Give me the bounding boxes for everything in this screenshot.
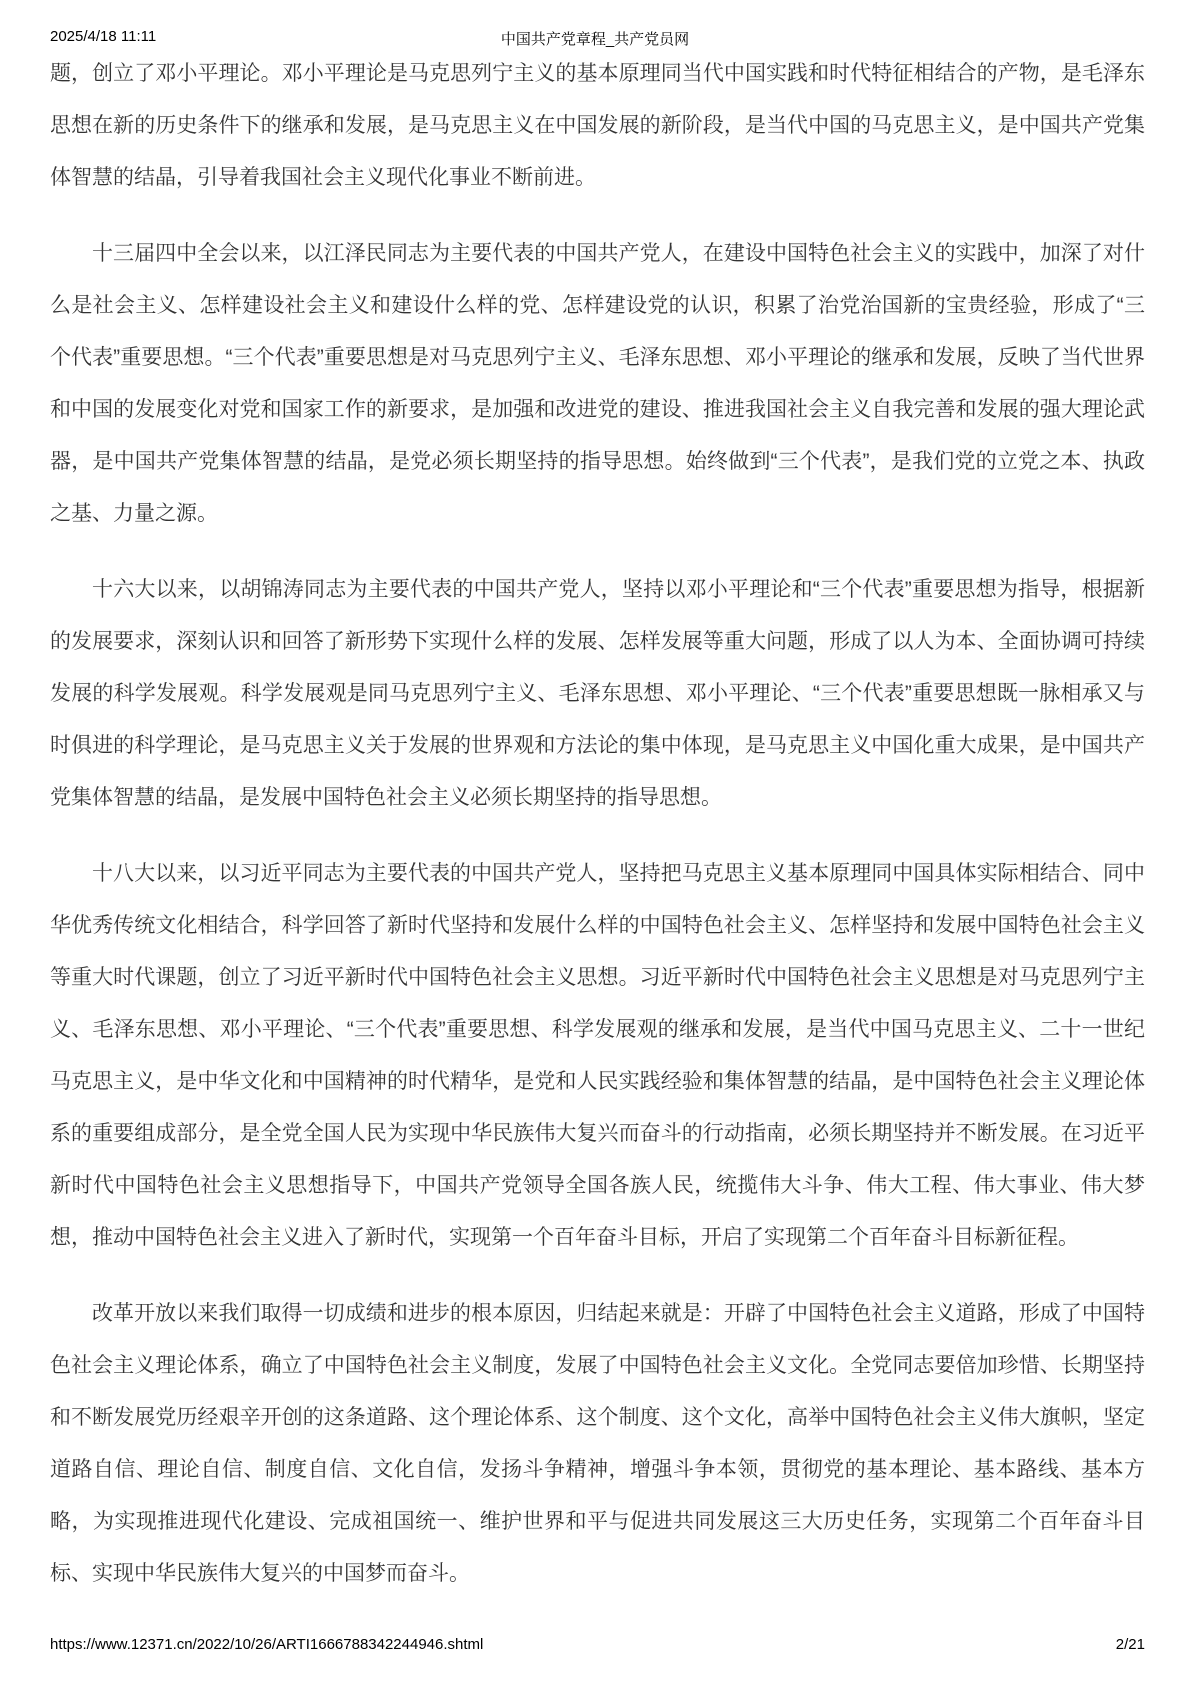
print-header: 2025/4/18 11:11 中国共产党章程_共产党员网 xyxy=(0,28,1190,50)
paragraph-continuation: 题，创立了邓小平理论。邓小平理论是马克思列宁主义的基本原理同当代中国实践和时代特… xyxy=(50,48,1145,204)
paragraph: 十六大以来，以胡锦涛同志为主要代表的中国共产党人，坚持以邓小平理论和“三个代表”… xyxy=(50,564,1145,824)
source-url: https://www.12371.cn/2022/10/26/ARTI1666… xyxy=(50,1636,483,1653)
print-footer: https://www.12371.cn/2022/10/26/ARTI1666… xyxy=(50,1636,1145,1656)
paragraph: 十八大以来，以习近平同志为主要代表的中国共产党人，坚持把马克思主义基本原理同中国… xyxy=(50,848,1145,1264)
print-page: 2025/4/18 11:11 中国共产党章程_共产党员网 题，创立了邓小平理论… xyxy=(0,0,1190,1684)
paragraph: 改革开放以来我们取得一切成绩和进步的根本原因，归结起来就是：开辟了中国特色社会主… xyxy=(50,1288,1145,1600)
page-number: 2/21 xyxy=(1116,1636,1145,1653)
paragraph: 十三届四中全会以来，以江泽民同志为主要代表的中国共产党人，在建设中国特色社会主义… xyxy=(50,228,1145,540)
document-body: 题，创立了邓小平理论。邓小平理论是马克思列宁主义的基本原理同当代中国实践和时代特… xyxy=(50,48,1145,1624)
document-title: 中国共产党章程_共产党员网 xyxy=(0,28,1190,49)
